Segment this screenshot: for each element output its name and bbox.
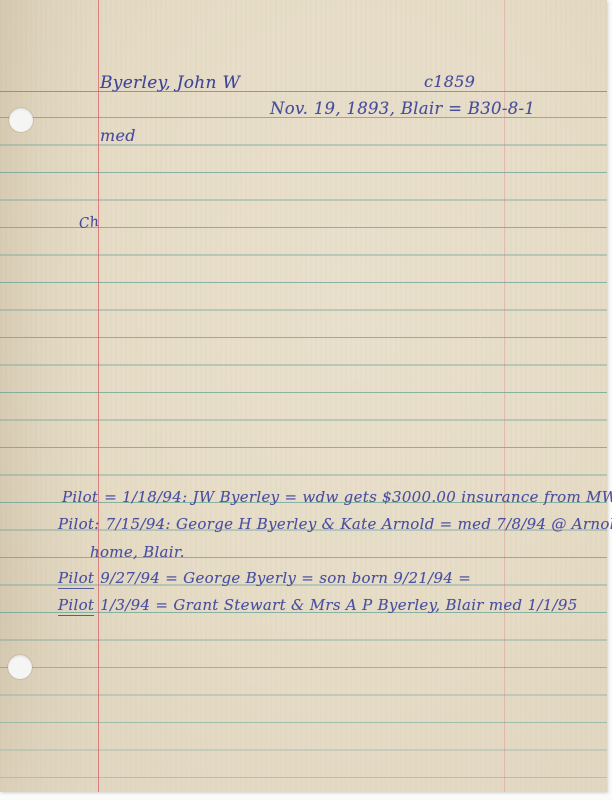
- entry-text: 9/27/94 = George Byerly = son born 9/21/…: [100, 569, 471, 587]
- newspaper-source-label-underlined: Pilot: [58, 596, 94, 616]
- newspaper-source-label: Pilot: [62, 488, 98, 506]
- entry-text: = 1/18/94: JW Byerley = wdw gets $3000.0…: [104, 488, 612, 506]
- check-mark-note: Ch: [78, 215, 100, 232]
- paper-crease: [480, 0, 482, 430]
- pilot-entry-marriage-stewart-byerley: Pilot1/3/94 = Grant Stewart & Mrs A P By…: [58, 598, 578, 613]
- death-date-cemetery-reference: Nov. 19, 1893, Blair = B30-8-1: [270, 101, 535, 118]
- top-margin-red-line: [0, 91, 607, 92]
- entry-text: 1/3/94 = Grant Stewart & Mrs A P Byerley…: [100, 596, 577, 614]
- entry-text: home, Blair.: [90, 543, 185, 561]
- birth-year-note: c1859: [424, 74, 475, 90]
- notebook-paper-sheet: Byerley, John W c1859 Nov. 19, 1893, Bla…: [0, 0, 607, 792]
- pilot-entry-son-born: Pilot9/27/94 = George Byerly = son born …: [58, 571, 471, 586]
- punch-hole-top: [9, 108, 33, 132]
- entry-text: 7/15/94: George H Byerley & Kate Arnold …: [106, 515, 612, 533]
- right-faint-red-line: [504, 0, 505, 792]
- entry-continuation-line: home, Blair.: [90, 545, 185, 560]
- ruled-lines-fade: [0, 620, 607, 792]
- punch-hole-bottom: [8, 655, 32, 679]
- left-margin-red-line: [98, 0, 99, 792]
- med-abbreviation-note: med: [100, 128, 136, 144]
- scanned-document-page: Byerley, John W c1859 Nov. 19, 1893, Bla…: [0, 0, 612, 800]
- newspaper-source-label: Pilot:: [58, 515, 100, 533]
- pilot-entry-insurance: Pilot= 1/18/94: JW Byerley = wdw gets $3…: [62, 490, 612, 505]
- pilot-entry-marriage-george-kate: Pilot:7/15/94: George H Byerley & Kate A…: [58, 517, 612, 532]
- surname-heading: Byerley, John W: [100, 75, 240, 92]
- newspaper-source-label-underlined: Pilot: [58, 569, 94, 589]
